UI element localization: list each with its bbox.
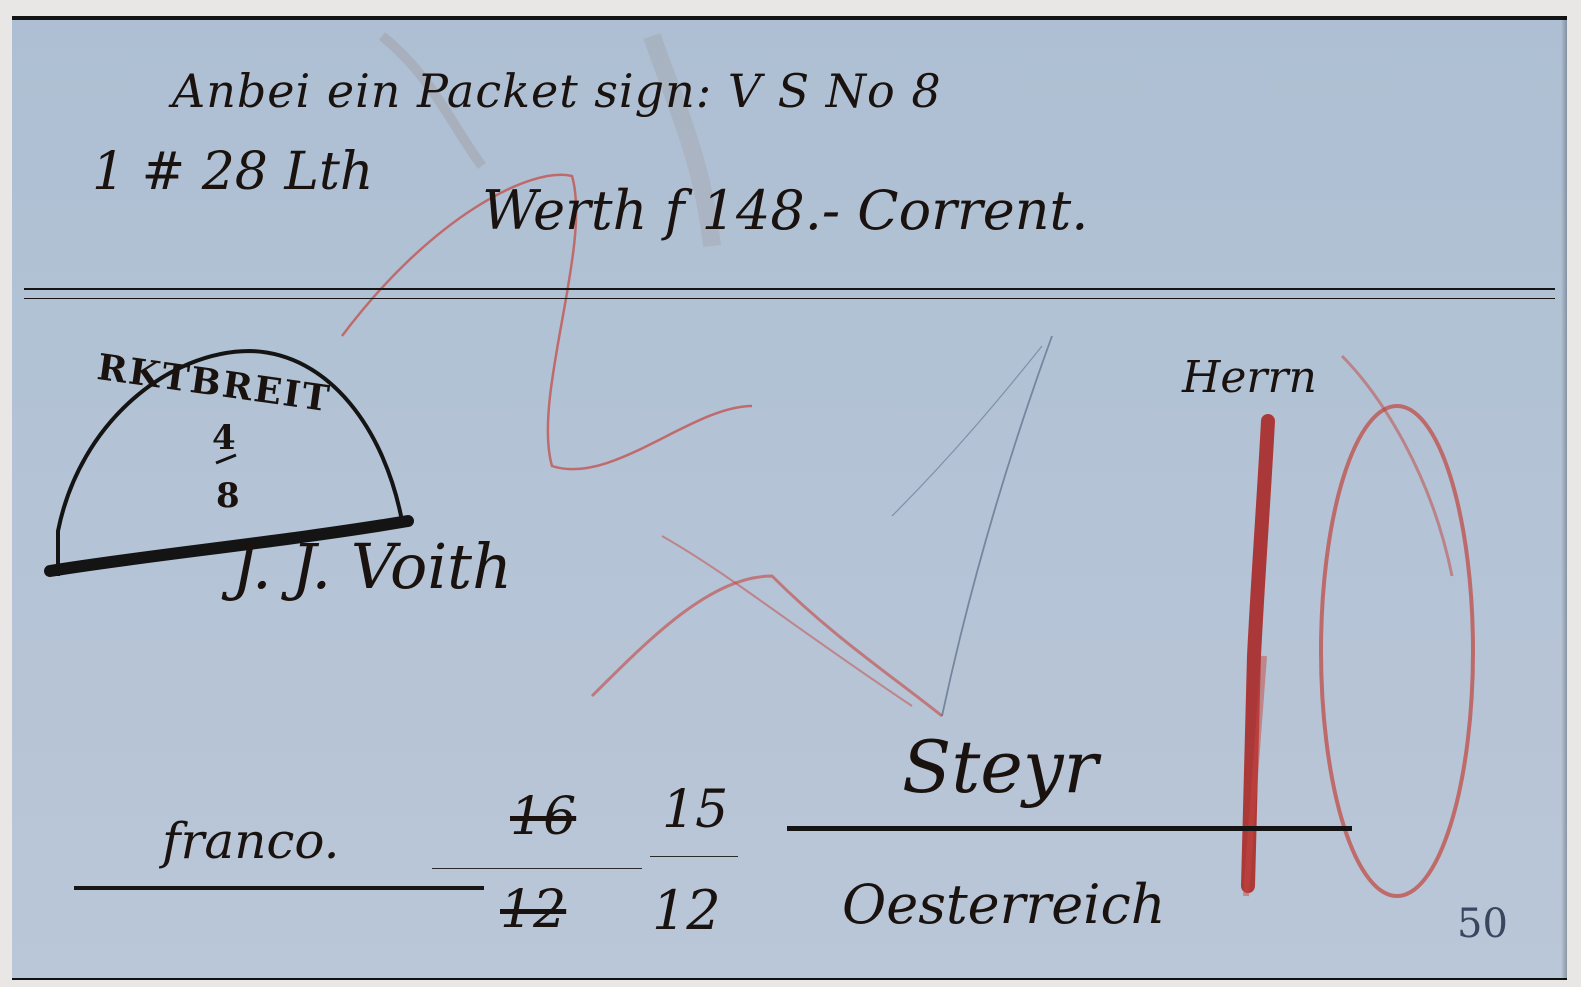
- salutation: Herrn: [1182, 356, 1317, 400]
- recipient-name: J. J. Voith: [232, 536, 512, 598]
- destination-city: Steyr: [902, 731, 1098, 803]
- weight-notation: 1 # 28 Lth: [92, 146, 373, 198]
- franco-underline: [74, 886, 484, 890]
- destination-country: Oesterreich: [842, 878, 1165, 932]
- header-line1: Anbei ein Packet sign: V S No 8: [172, 68, 942, 114]
- franco-label: franco.: [162, 816, 340, 866]
- fold-line-top: [24, 288, 1555, 290]
- postmark-month: 8: [216, 479, 240, 513]
- rate-crossed-top: 16: [510, 791, 576, 843]
- declared-value-line: Werth f 148.- Corrent.: [482, 184, 1088, 238]
- rate-bottom: 12: [652, 884, 721, 938]
- fold-line-bottom: [24, 298, 1555, 299]
- postmark-day: 4: [212, 421, 236, 455]
- pencil-note: 50: [1457, 904, 1508, 944]
- rate-top: 15: [662, 784, 728, 836]
- postal-cover: Anbei ein Packet sign: V S No 8 1 # 28 L…: [12, 16, 1567, 980]
- rate-divider-1: [432, 868, 642, 869]
- destination-underline: [787, 826, 1352, 831]
- rate-crossed-bottom: 12: [500, 884, 566, 936]
- rate-divider-2: [650, 856, 738, 857]
